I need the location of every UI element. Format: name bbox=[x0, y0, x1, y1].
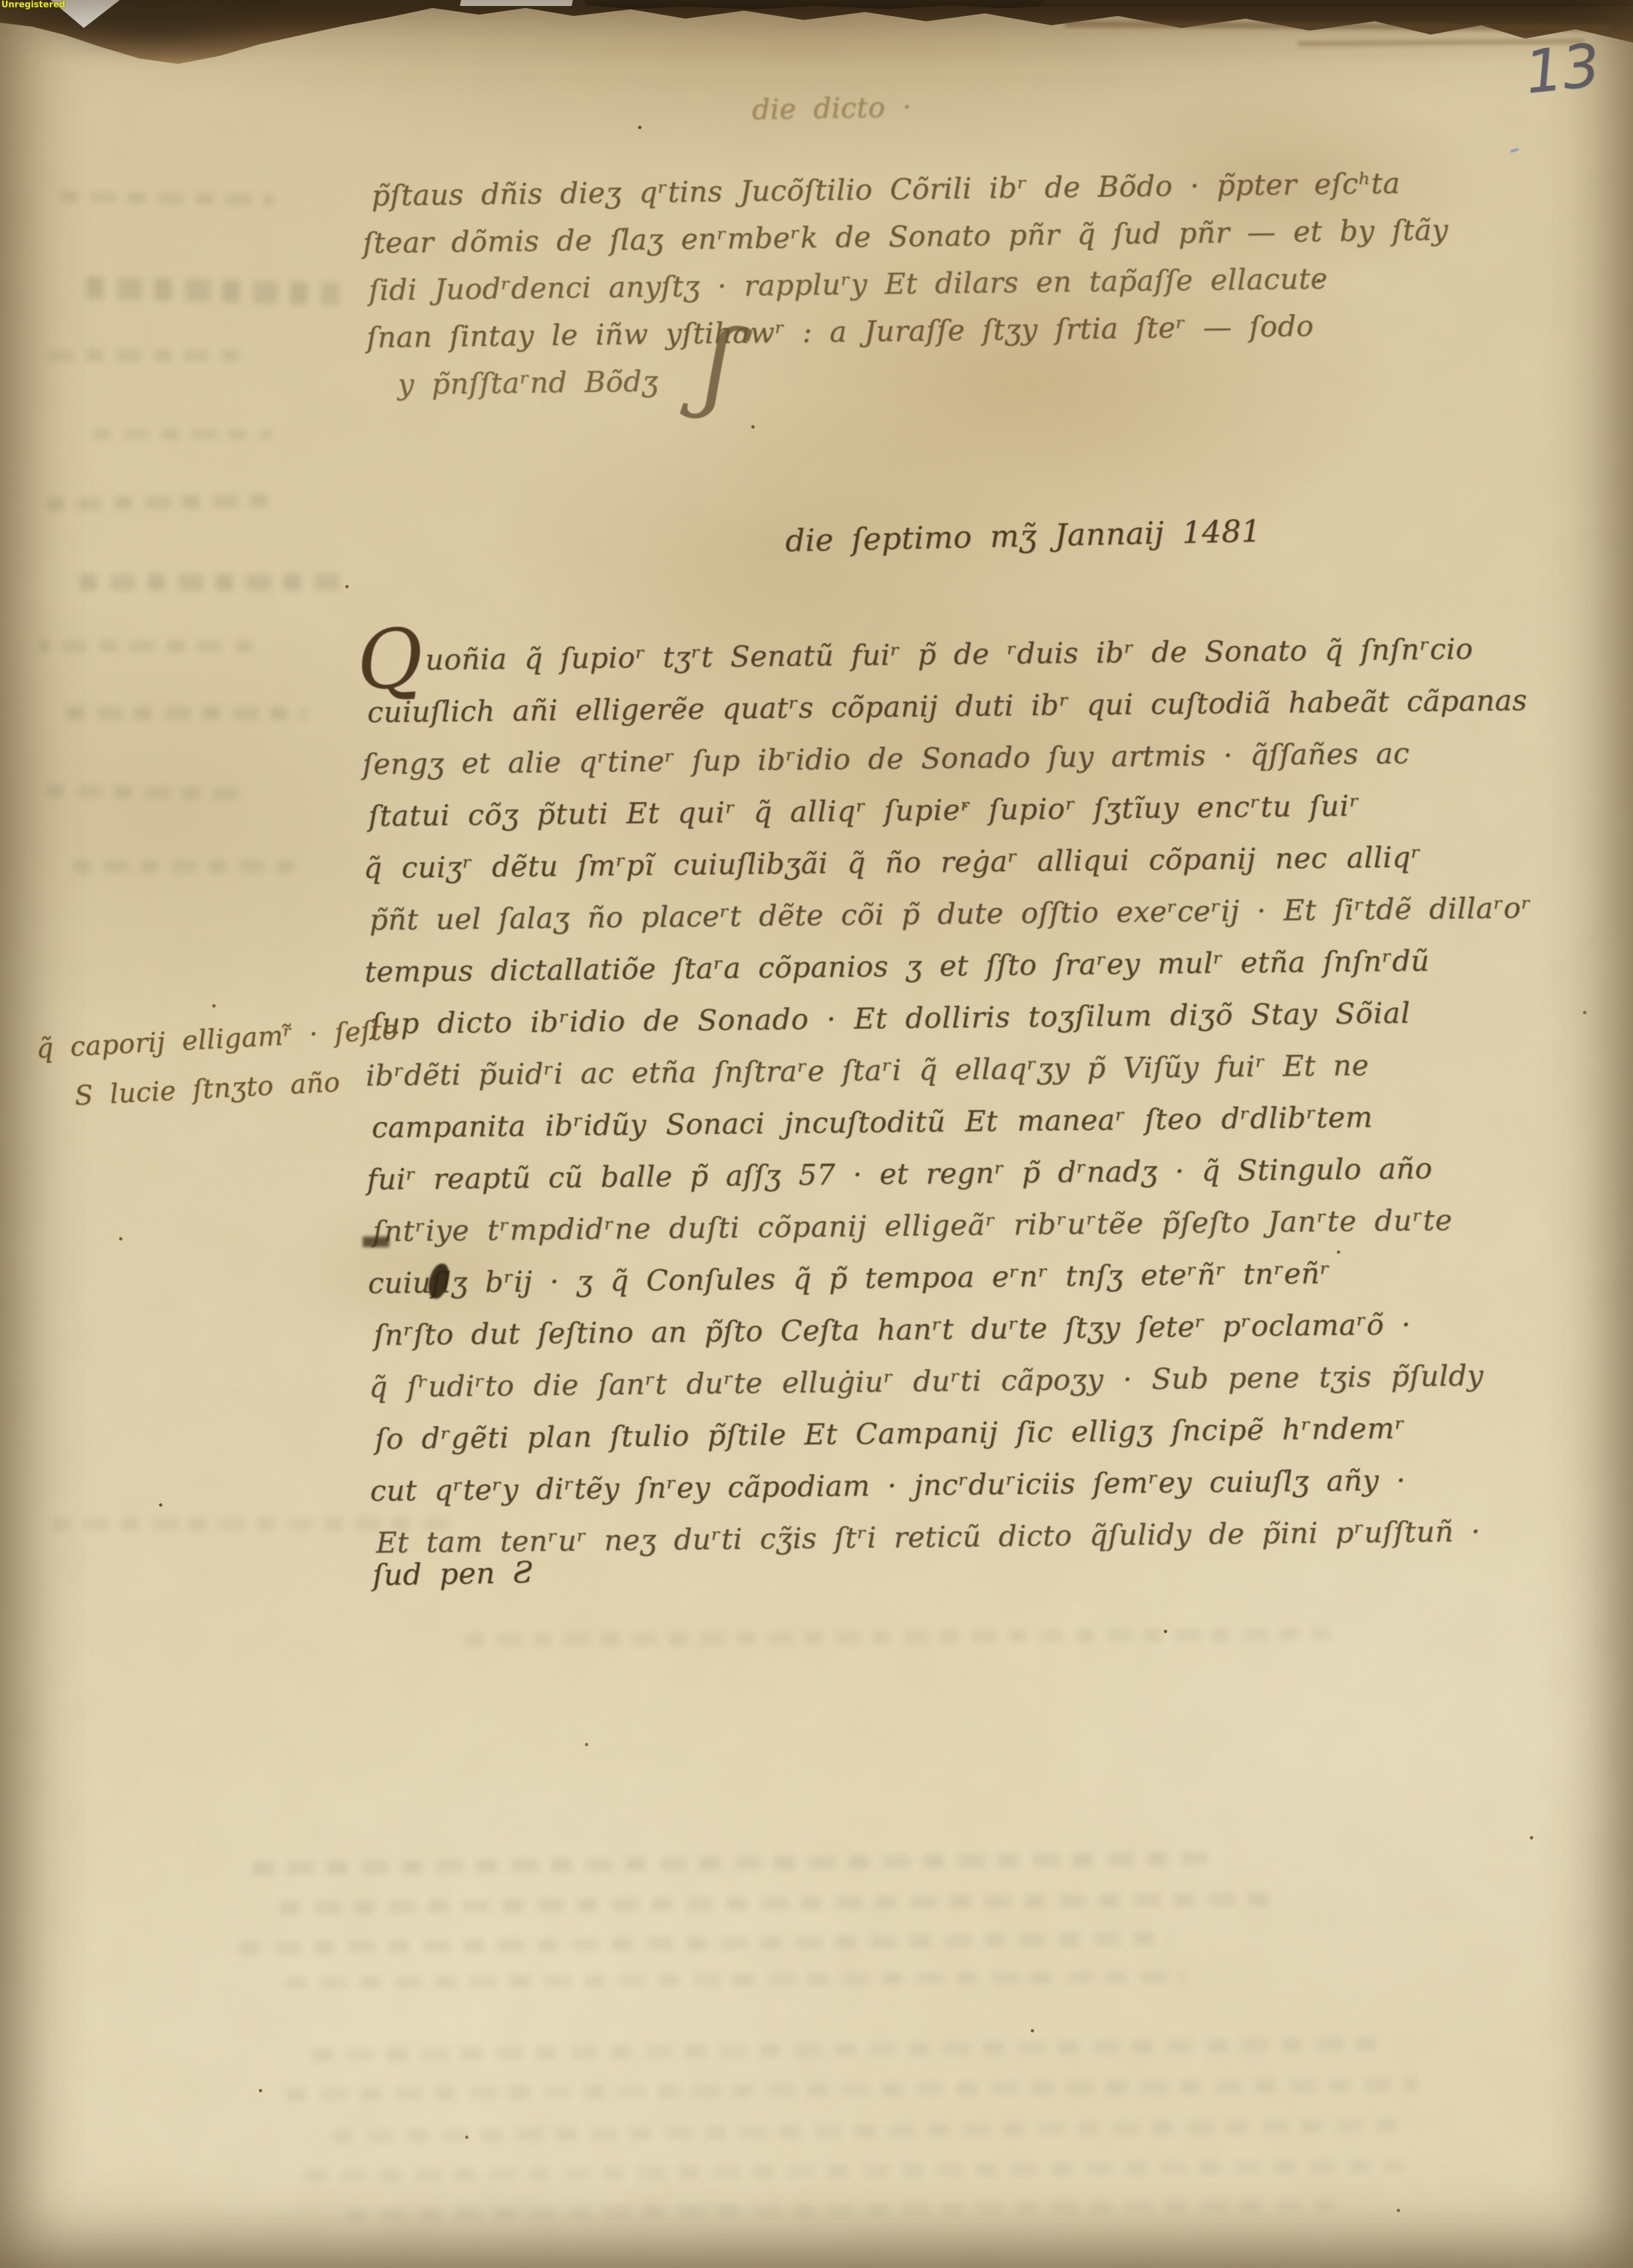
ghost-show-through bbox=[60, 191, 273, 206]
closing-line-sub-pena: ſud pen Ƨ bbox=[373, 1556, 534, 1593]
ghost-show-through bbox=[47, 785, 246, 800]
folio-number: 13 bbox=[1522, 31, 1603, 106]
top-edge-white-sliver bbox=[460, 0, 573, 6]
ghost-show-through bbox=[313, 2038, 1377, 2062]
intro-paragraph: p̃ſtaus dñis dieʒ qʳtins Jucõſtilio Cõri… bbox=[371, 160, 1450, 409]
ghost-show-through bbox=[286, 2078, 1417, 2102]
faded-section-heading: die dicto · bbox=[752, 91, 912, 126]
ghost-show-through bbox=[253, 1851, 1218, 1875]
margin-note: q̃ caporij elligamʳ̃ · ſeſto S lucie ſtn… bbox=[35, 1006, 403, 1123]
ghost-show-through bbox=[346, 2199, 1344, 2221]
ghost-show-through bbox=[73, 860, 299, 873]
ghost-show-through bbox=[333, 2119, 1397, 2144]
ghost-show-through bbox=[40, 349, 240, 361]
ghost-show-through bbox=[279, 1892, 1278, 1914]
main-paragraph: uoñia q̃ ſupioʳ tʒʳt Senatũ fuiʳ p̃ de ʳ… bbox=[367, 623, 1539, 1569]
ghost-show-through bbox=[306, 2160, 1404, 2182]
ink-smear bbox=[363, 1236, 389, 1247]
ghost-show-through bbox=[80, 574, 339, 591]
ghost-show-through bbox=[87, 276, 340, 305]
ghost-show-through bbox=[466, 1627, 1331, 1646]
ghost-show-through bbox=[286, 1971, 1184, 1988]
date-heading: die ſeptimo mʒ̃ Jannaij 1481 bbox=[785, 513, 1262, 559]
scanner-watermark: Unregistered bbox=[1, 0, 65, 10]
ghost-show-through bbox=[47, 494, 273, 511]
manuscript-page: Unregistered 13 die dicto · p̃ſtaus dñis… bbox=[0, 0, 1633, 2268]
ghost-show-through bbox=[240, 1932, 1171, 1955]
ghost-show-through bbox=[93, 429, 273, 440]
blue-pen-tick bbox=[1511, 148, 1519, 153]
ghost-show-through bbox=[67, 707, 306, 720]
ghost-show-through bbox=[40, 640, 253, 652]
binding-shadow-strip-right bbox=[1045, 0, 1633, 7]
